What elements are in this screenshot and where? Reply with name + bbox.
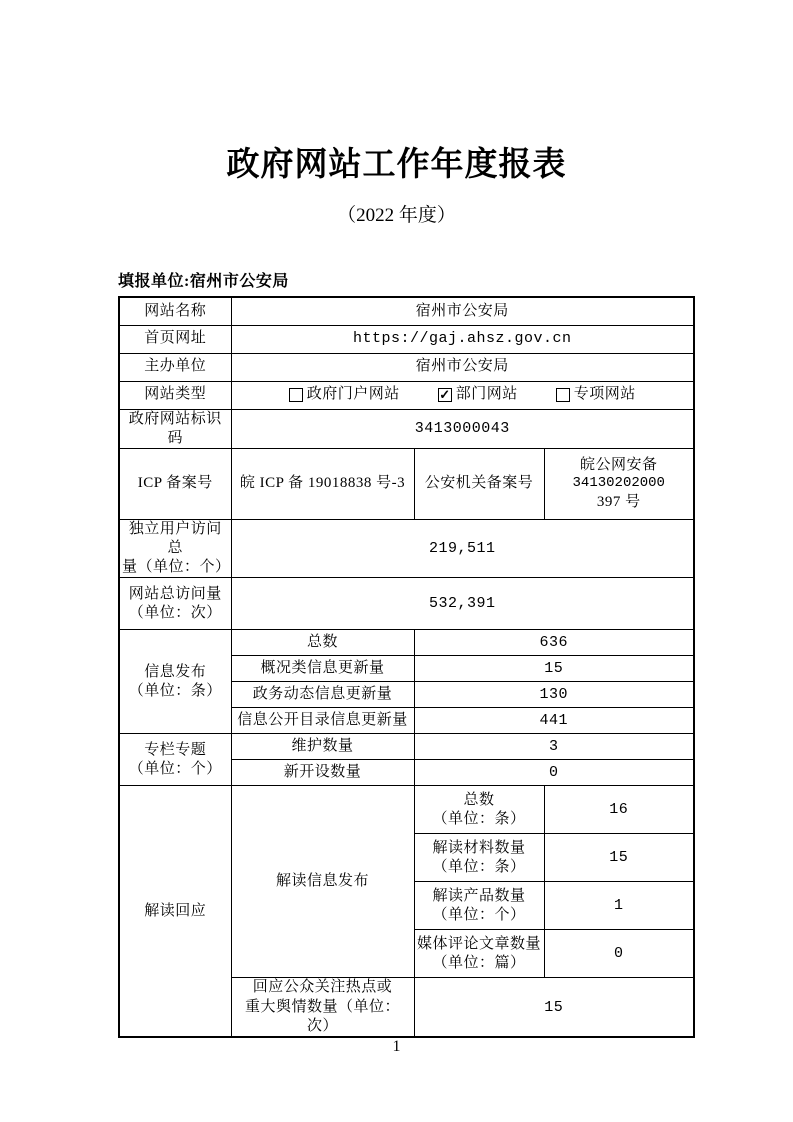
option-label: 政府门户网站 bbox=[307, 385, 400, 404]
label-line: 独立用户访问总 bbox=[122, 520, 229, 558]
interpretation-release-label: 解读信息发布 bbox=[231, 786, 414, 978]
label-line: （单位：条） bbox=[417, 858, 542, 877]
special-columns-value: 0 bbox=[414, 760, 694, 786]
info-release-sublabel: 信息公开目录信息更新量 bbox=[231, 708, 414, 734]
label-line: （单位：次） bbox=[122, 604, 229, 623]
info-release-value: 15 bbox=[414, 656, 694, 682]
row-label-icp: ICP 备案号 bbox=[119, 448, 231, 519]
label-line: （单位：条） bbox=[122, 682, 229, 701]
table-row: 政府网站标识码 3413000043 bbox=[119, 409, 694, 448]
report-year: （2022 年度） bbox=[0, 200, 793, 227]
row-label-host-unit: 主办单位 bbox=[119, 353, 231, 381]
label-line: （单位：个） bbox=[417, 906, 542, 925]
option-label: 专项网站 bbox=[574, 385, 636, 404]
label-line: （单位：个） bbox=[122, 760, 229, 779]
table-row: 信息发布 （单位：条） 总数 636 bbox=[119, 630, 694, 656]
home-url-value: https://gaj.ahsz.gov.cn bbox=[231, 325, 694, 353]
label-line: 回应公众关注热点或 bbox=[234, 978, 412, 997]
info-release-sublabel: 总数 bbox=[231, 630, 414, 656]
row-label-unique-visitors: 独立用户访问总 量（单位：个） bbox=[119, 519, 231, 578]
row-label-home-url: 首页网址 bbox=[119, 325, 231, 353]
row-label-site-code: 政府网站标识码 bbox=[119, 409, 231, 448]
site-name-value: 宿州市公安局 bbox=[231, 297, 694, 325]
info-release-value: 636 bbox=[414, 630, 694, 656]
special-columns-sublabel: 维护数量 bbox=[231, 734, 414, 760]
interpretation-value: 1 bbox=[544, 882, 694, 930]
table-row: 首页网址 https://gaj.ahsz.gov.cn bbox=[119, 325, 694, 353]
label-line: 信息发布 bbox=[122, 663, 229, 682]
police-filing-label: 公安机关备案号 bbox=[414, 448, 544, 519]
table-row: 网站类型 政府门户网站 ✓ 部门网站 专项网站 bbox=[119, 381, 694, 409]
interpretation-sublabel: 媒体评论文章数量 （单位：篇） bbox=[414, 930, 544, 978]
table-row: 独立用户访问总 量（单位：个） 219,511 bbox=[119, 519, 694, 578]
checkbox-unchecked-icon bbox=[289, 388, 303, 402]
info-release-value: 130 bbox=[414, 682, 694, 708]
site-type-option-special: 专项网站 bbox=[556, 385, 636, 404]
report-title: 政府网站工作年度报表 bbox=[0, 138, 793, 185]
interpretation-value: 16 bbox=[544, 786, 694, 834]
table-row: 主办单位 宿州市公安局 bbox=[119, 353, 694, 381]
police-filing-value: 皖公网安备 34130202000 397 号 bbox=[544, 448, 694, 519]
label-line: 解读材料数量 bbox=[417, 839, 542, 858]
table-row: 解读回应 解读信息发布 总数 （单位：条） 16 bbox=[119, 786, 694, 834]
hotspot-response-label: 回应公众关注热点或 重大舆情数量（单位：次） bbox=[231, 978, 414, 1037]
interpretation-value: 0 bbox=[544, 930, 694, 978]
table-row: 网站名称 宿州市公安局 bbox=[119, 297, 694, 325]
label-line: 总数 bbox=[417, 791, 542, 810]
reporting-unit: 填报单位:宿州市公安局 bbox=[118, 268, 289, 291]
info-release-sublabel: 概况类信息更新量 bbox=[231, 656, 414, 682]
interpretation-sublabel: 解读产品数量 （单位：个） bbox=[414, 882, 544, 930]
row-label-interpretation: 解读回应 bbox=[119, 786, 231, 1037]
host-unit-value: 宿州市公安局 bbox=[231, 353, 694, 381]
label-line: （单位：篇） bbox=[417, 954, 542, 973]
row-label-site-type: 网站类型 bbox=[119, 381, 231, 409]
row-label-site-name: 网站名称 bbox=[119, 297, 231, 325]
site-type-options: 政府门户网站 ✓ 部门网站 专项网站 bbox=[231, 381, 694, 409]
site-code-value: 3413000043 bbox=[231, 409, 694, 448]
annual-report-table: 网站名称 宿州市公安局 首页网址 https://gaj.ahsz.gov.cn… bbox=[118, 296, 695, 1038]
unique-visitors-value: 219,511 bbox=[231, 519, 694, 578]
interpretation-value: 15 bbox=[544, 834, 694, 882]
label-line: （单位：条） bbox=[417, 810, 542, 829]
checkbox-checked-icon: ✓ bbox=[438, 388, 452, 402]
total-visits-value: 532,391 bbox=[231, 578, 694, 630]
label-line: 专栏专题 bbox=[122, 741, 229, 760]
special-columns-sublabel: 新开设数量 bbox=[231, 760, 414, 786]
table-row: 网站总访问量 （单位：次） 532,391 bbox=[119, 578, 694, 630]
label-line: 量（单位：个） bbox=[122, 558, 229, 577]
label-line: 网站总访问量 bbox=[122, 585, 229, 604]
table-row: ICP 备案号 皖 ICP 备 19018838 号-3 公安机关备案号 皖公网… bbox=[119, 448, 694, 519]
row-label-total-visits: 网站总访问量 （单位：次） bbox=[119, 578, 231, 630]
table-row: 专栏专题 （单位：个） 维护数量 3 bbox=[119, 734, 694, 760]
row-label-info-release: 信息发布 （单位：条） bbox=[119, 630, 231, 734]
police-filing-line: 34130202000 bbox=[547, 475, 692, 493]
label-line: 解读产品数量 bbox=[417, 887, 542, 906]
option-label: 部门网站 bbox=[456, 385, 518, 404]
row-label-special-columns: 专栏专题 （单位：个） bbox=[119, 734, 231, 786]
site-type-option-department: ✓ 部门网站 bbox=[438, 385, 518, 404]
icp-value: 皖 ICP 备 19018838 号-3 bbox=[231, 448, 414, 519]
interpretation-sublabel: 总数 （单位：条） bbox=[414, 786, 544, 834]
police-filing-line: 397 号 bbox=[547, 493, 692, 512]
police-filing-line: 皖公网安备 bbox=[547, 456, 692, 475]
site-type-option-portal: 政府门户网站 bbox=[289, 385, 400, 404]
info-release-value: 441 bbox=[414, 708, 694, 734]
label-line: 媒体评论文章数量 bbox=[417, 935, 542, 954]
label-line: 重大舆情数量（单位：次） bbox=[234, 998, 412, 1036]
hotspot-response-value: 15 bbox=[414, 978, 694, 1037]
checkbox-unchecked-icon bbox=[556, 388, 570, 402]
interpretation-sublabel: 解读材料数量 （单位：条） bbox=[414, 834, 544, 882]
page-number: 1 bbox=[0, 1038, 793, 1056]
info-release-sublabel: 政务动态信息更新量 bbox=[231, 682, 414, 708]
special-columns-value: 3 bbox=[414, 734, 694, 760]
